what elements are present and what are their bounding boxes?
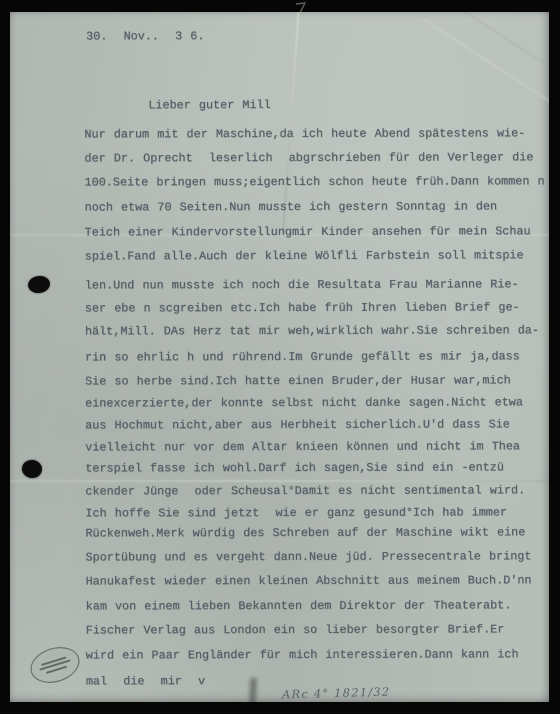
letter-body-line: spiel.Fand alle.Auch der kleine Wölfli F… xyxy=(85,248,524,263)
letter-body-line: ser ebe n scgreiben etc.Ich habe früh Ih… xyxy=(85,300,520,315)
letter-body-line: vielleicht nur vor dem Altar knieen könn… xyxy=(85,439,520,454)
salutation: Lieber guter Mill xyxy=(148,98,270,112)
letter-page: 30. Nov.. 3 6. Lieber guter Mill Nur dar… xyxy=(10,12,549,702)
letter-body-line: Ich hoffe Sie sind jetzt wie er ganz ges… xyxy=(85,505,507,520)
letter-body-line: aus Hochmut nicht,aber aus Herbheit sich… xyxy=(85,417,510,432)
letter-body-line: noch etwa 70 Seiten.Nun musste ich geste… xyxy=(85,199,498,214)
letter-body-line: kam von einem lieben Bekannten dem Direk… xyxy=(86,598,512,613)
letter-body-line: rin so ehrlic h und rührend.Im Grunde ge… xyxy=(85,349,520,364)
letter-body-line: Hanukafest wieder einen kleinen Abschnit… xyxy=(86,573,532,588)
typewritten-text: 30. Nov.. 3 6. Lieber guter Mill Nur dar… xyxy=(10,12,549,702)
letter-body-line: terspiel fasse ich wohl.Darf ich sagen,S… xyxy=(85,460,504,475)
letter-body-line: Rückenweh.Merk würdig des Schreben auf d… xyxy=(85,525,525,540)
letter-body-line: Fischer Verlag aus London ein so lieber … xyxy=(86,622,505,637)
scanned-letter-photo: 30. Nov.. 3 6. Lieber guter Mill Nur dar… xyxy=(0,0,560,714)
letter-body-line: der Dr. Oprecht leserlich abgrschrieben … xyxy=(84,150,533,165)
letter-body-line: Sie so herbe sind.Ich hatte einen Bruder… xyxy=(85,373,511,388)
letter-body-line: wird ein Paar Engländer für mich interes… xyxy=(86,647,519,662)
letter-body-line: Sportübung und es vergeht dann.Neue jüd.… xyxy=(86,549,532,564)
letter-body-line: 100.Seite bringen muss;eigentlich schon … xyxy=(85,174,545,189)
letter-body-line: hält,Mill. DAs Herz tat mir weh,wirklich… xyxy=(85,323,539,338)
letter-body-line: Nur darum mit der Maschine,da ich heute … xyxy=(84,126,525,141)
letter-body-line: Teich einer Kindervorstellungmir Kinder … xyxy=(85,224,531,239)
letter-body-line: len.Und nun musste ich noch die Resultat… xyxy=(85,277,519,292)
letter-body-line: ckender Jünge oder Scheusal°Damit es nic… xyxy=(85,483,525,498)
date-line: 30. Nov.. 3 6. xyxy=(86,29,204,43)
letter-body-line: mal die mir v xyxy=(86,674,205,688)
letter-body-line: einexcerzierte,der konnte selbst nicht d… xyxy=(85,395,523,410)
